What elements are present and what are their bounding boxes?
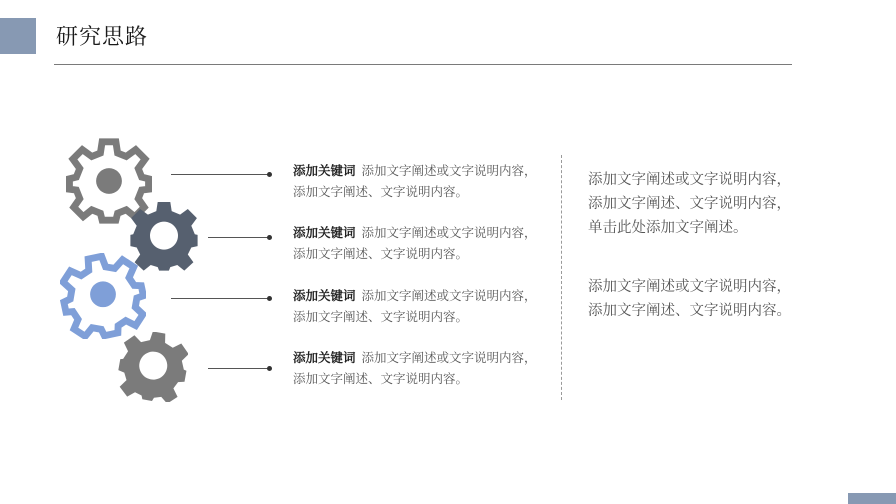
item-keyword: 添加关键词 bbox=[293, 288, 356, 303]
connector-line bbox=[171, 174, 269, 175]
connector-line bbox=[208, 368, 269, 369]
connector-dot bbox=[267, 172, 272, 177]
list-item: 添加关键词添加文字阐述或文字说明内容，添加文字阐述、文字说明内容。 bbox=[293, 222, 543, 264]
side-paragraph-1: 添加文字阐述或文字说明内容，添加文字阐述、文字说明内容，单击此处添加文字阐述。 bbox=[588, 168, 793, 240]
side-paragraph-2: 添加文字阐述或文字说明内容，添加文字阐述、文字说明内容。 bbox=[588, 275, 793, 323]
connector-line bbox=[208, 237, 269, 238]
gear-icon bbox=[118, 332, 188, 402]
corner-accent-block bbox=[0, 18, 36, 54]
item-keyword: 添加关键词 bbox=[293, 225, 356, 240]
connector-line bbox=[171, 298, 269, 299]
connector-dot bbox=[267, 366, 272, 371]
list-item: 添加关键词添加文字阐述或文字说明内容，添加文字阐述、文字说明内容。 bbox=[293, 285, 543, 327]
corner-accent-block bbox=[848, 493, 896, 504]
list-item: 添加关键词添加文字阐述或文字说明内容，添加文字阐述、文字说明内容。 bbox=[293, 160, 543, 202]
connector-dot bbox=[267, 296, 272, 301]
title-underline bbox=[54, 64, 792, 65]
list-item: 添加关键词添加文字阐述或文字说明内容，添加文字阐述、文字说明内容。 bbox=[293, 347, 543, 389]
item-keyword: 添加关键词 bbox=[293, 163, 356, 178]
item-keyword: 添加关键词 bbox=[293, 350, 356, 365]
dashed-divider bbox=[561, 155, 562, 400]
slide-title: 研究思路 bbox=[56, 22, 148, 54]
connector-dot bbox=[267, 235, 272, 240]
gear-icon bbox=[60, 253, 146, 339]
